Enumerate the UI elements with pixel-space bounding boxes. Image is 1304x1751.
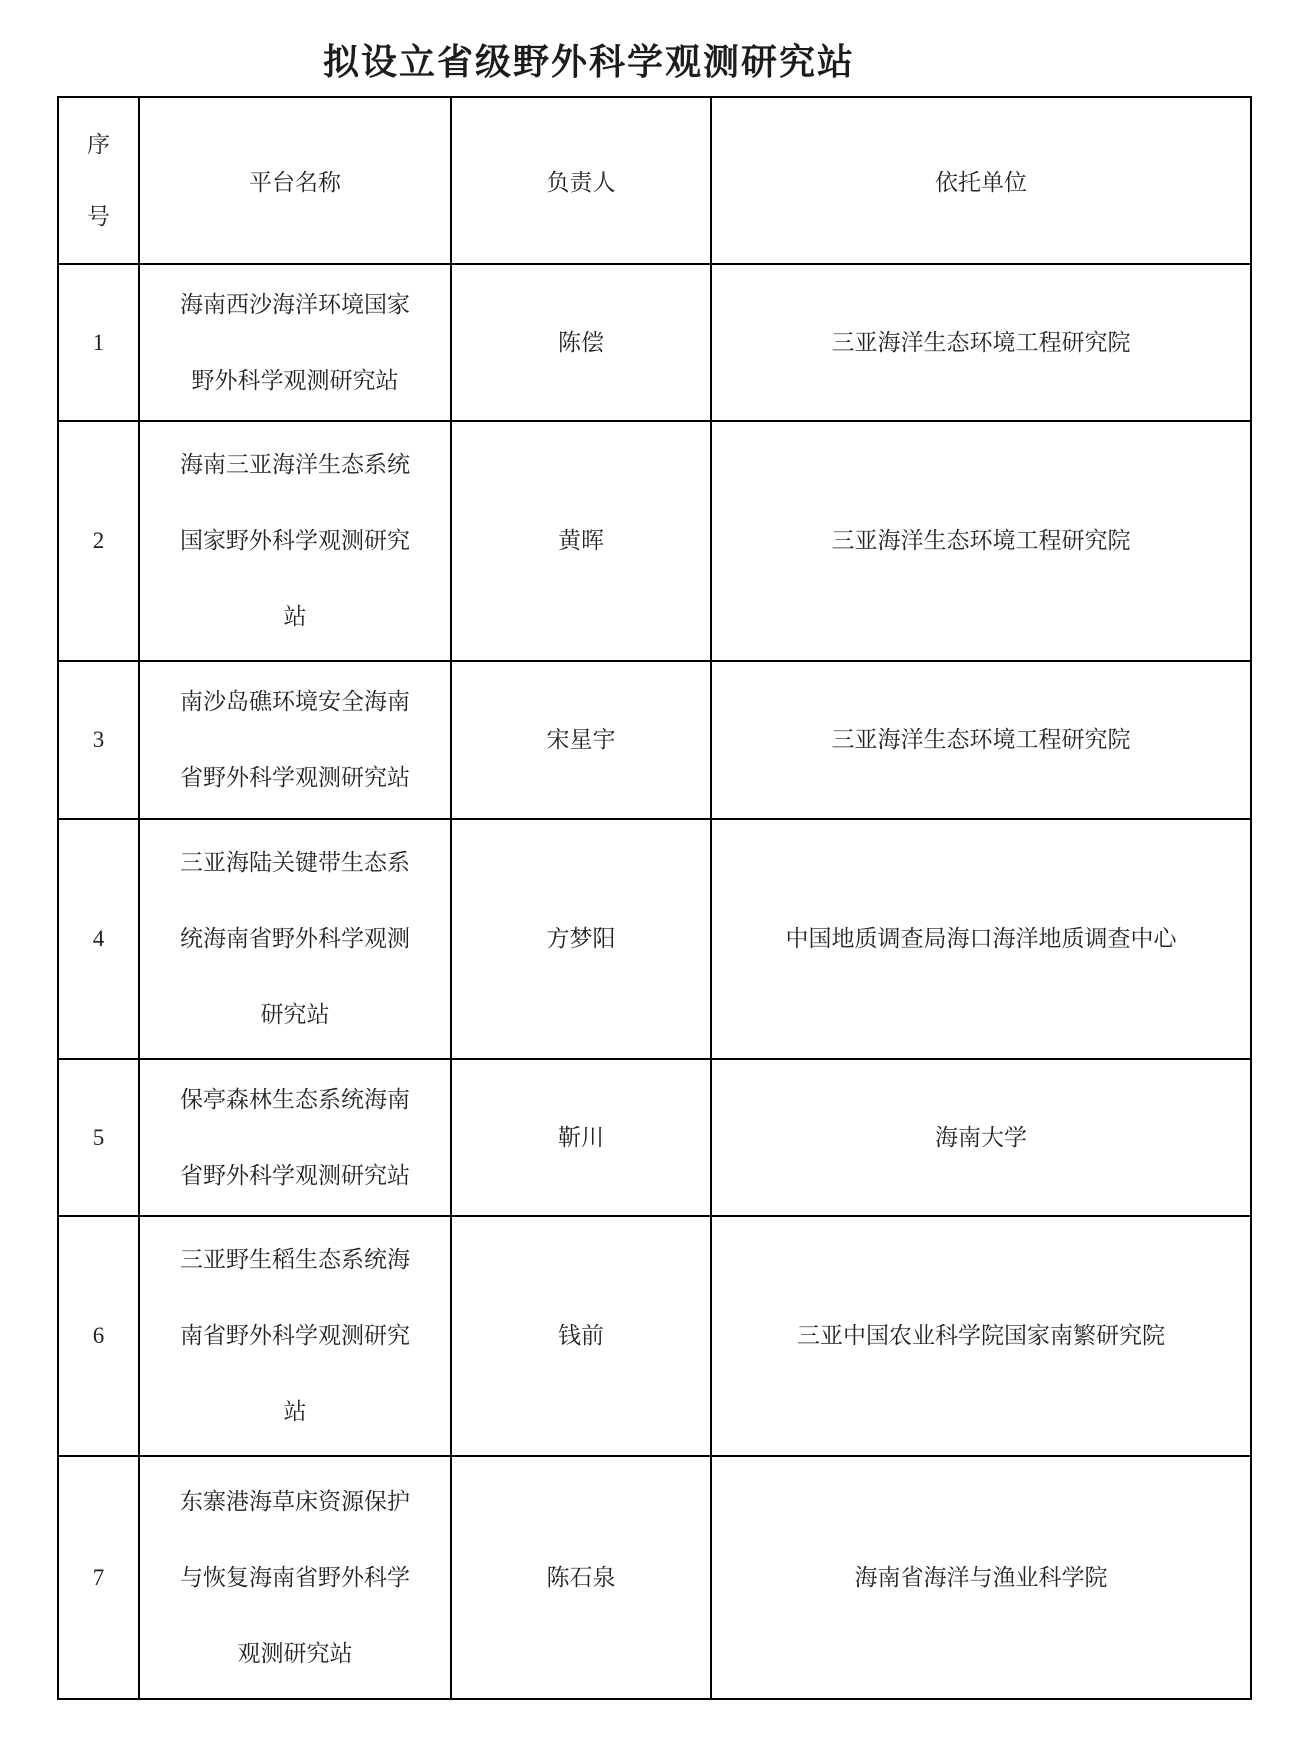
page-title: 拟设立省级野外科学观测研究站 (0, 34, 1241, 85)
unit-name-text: 三亚中国农业科学院国家南繁研究院 (797, 1323, 1165, 1348)
unit-name: 三亚海洋生态环境工程研究院 (711, 264, 1251, 421)
platform-name: 三亚野生稻生态系统海 南省野外科学观测研究 站 (139, 1216, 451, 1456)
platform-name-line: 野外科学观测研究站 (140, 343, 450, 419)
col-header-no-line2: 号 (59, 181, 138, 253)
row-number: 5 (58, 1059, 139, 1216)
unit-name-text: 中国地质调查局海口海洋地质调查中心 (786, 926, 1177, 951)
platform-name: 海南三亚海洋生态系统 国家野外科学观测研究 站 (139, 421, 451, 661)
unit-name: 三亚海洋生态环境工程研究院 (711, 421, 1251, 661)
leader-name-text: 靳川 (558, 1125, 604, 1150)
leader-name-text: 陈偿 (558, 330, 604, 355)
table-header-row: 序 号 平台名称 负责人 依托单位 (58, 97, 1251, 264)
leader-name: 宋星宇 (451, 661, 711, 819)
platform-name-line: 海南三亚海洋生态系统 (140, 427, 450, 503)
platform-name-line: 站 (140, 579, 450, 655)
unit-name: 海南大学 (711, 1059, 1251, 1216)
col-header-no: 序 号 (58, 97, 139, 264)
platform-name-line: 保亭森林生态系统海南 (140, 1062, 450, 1138)
unit-name-text: 海南省海洋与渔业科学院 (855, 1565, 1108, 1590)
platform-name-line: 东寨港海草床资源保护 (140, 1464, 450, 1540)
leader-name: 靳川 (451, 1059, 711, 1216)
row-number: 7 (58, 1456, 139, 1699)
row-number: 2 (58, 421, 139, 661)
unit-name-text: 三亚海洋生态环境工程研究院 (832, 727, 1131, 752)
table-row: 2 海南三亚海洋生态系统 国家野外科学观测研究 站 黄晖 三亚海洋生态环境工程研… (58, 421, 1251, 661)
platform-name-line: 统海南省野外科学观测 (140, 901, 450, 977)
table-row: 1 海南西沙海洋环境国家 野外科学观测研究站 陈偿 三亚海洋生态环境工程研究院 (58, 264, 1251, 421)
col-header-unit: 依托单位 (711, 97, 1251, 264)
row-number: 1 (58, 264, 139, 421)
leader-name-text: 钱前 (558, 1323, 604, 1348)
leader-name: 陈偿 (451, 264, 711, 421)
unit-name-text: 三亚海洋生态环境工程研究院 (832, 528, 1131, 553)
leader-name: 陈石泉 (451, 1456, 711, 1699)
leader-name: 黄晖 (451, 421, 711, 661)
table-row: 7 东寨港海草床资源保护 与恢复海南省野外科学 观测研究站 陈石泉 海南省海洋与… (58, 1456, 1251, 1699)
unit-name-text: 海南大学 (935, 1125, 1027, 1150)
platform-name-line: 国家野外科学观测研究 (140, 503, 450, 579)
col-header-platform: 平台名称 (139, 97, 451, 264)
platform-name-line: 三亚海陆关键带生态系 (140, 825, 450, 901)
col-header-no-line1: 序 (59, 109, 138, 181)
leader-name: 钱前 (451, 1216, 711, 1456)
unit-name: 中国地质调查局海口海洋地质调查中心 (711, 819, 1251, 1059)
document-page: 拟设立省级野外科学观测研究站 序 号 平台名称 负责人 依托单位 1 海南西沙海… (0, 34, 1304, 1700)
row-number: 6 (58, 1216, 139, 1456)
platform-name: 保亭森林生态系统海南 省野外科学观测研究站 (139, 1059, 451, 1216)
platform-name-line: 研究站 (140, 977, 450, 1053)
unit-name: 三亚海洋生态环境工程研究院 (711, 661, 1251, 819)
leader-name-text: 方梦阳 (547, 926, 616, 951)
row-number: 4 (58, 819, 139, 1059)
col-header-leader: 负责人 (451, 97, 711, 264)
platform-name-line: 省野外科学观测研究站 (140, 740, 450, 816)
platform-name: 海南西沙海洋环境国家 野外科学观测研究站 (139, 264, 451, 421)
platform-name-line: 观测研究站 (140, 1616, 450, 1692)
platform-name: 三亚海陆关键带生态系 统海南省野外科学观测 研究站 (139, 819, 451, 1059)
platform-name-line: 海南西沙海洋环境国家 (140, 267, 450, 343)
platform-name-line: 省野外科学观测研究站 (140, 1138, 450, 1214)
unit-name-text: 三亚海洋生态环境工程研究院 (832, 330, 1131, 355)
platform-name-line: 站 (140, 1374, 450, 1450)
unit-name: 三亚中国农业科学院国家南繁研究院 (711, 1216, 1251, 1456)
unit-name: 海南省海洋与渔业科学院 (711, 1456, 1251, 1699)
leader-name-text: 陈石泉 (547, 1565, 616, 1590)
leader-name-text: 黄晖 (558, 528, 604, 553)
stations-table: 序 号 平台名称 负责人 依托单位 1 海南西沙海洋环境国家 野外科学观测研究站… (57, 96, 1252, 1700)
leader-name: 方梦阳 (451, 819, 711, 1059)
platform-name: 东寨港海草床资源保护 与恢复海南省野外科学 观测研究站 (139, 1456, 451, 1699)
table-row: 3 南沙岛礁环境安全海南 省野外科学观测研究站 宋星宇 三亚海洋生态环境工程研究… (58, 661, 1251, 819)
platform-name-line: 南沙岛礁环境安全海南 (140, 664, 450, 740)
platform-name-line: 南省野外科学观测研究 (140, 1298, 450, 1374)
table-row: 6 三亚野生稻生态系统海 南省野外科学观测研究 站 钱前 三亚中国农业科学院国家… (58, 1216, 1251, 1456)
platform-name: 南沙岛礁环境安全海南 省野外科学观测研究站 (139, 661, 451, 819)
platform-name-line: 三亚野生稻生态系统海 (140, 1222, 450, 1298)
leader-name-text: 宋星宇 (547, 727, 616, 752)
platform-name-line: 与恢复海南省野外科学 (140, 1540, 450, 1616)
table-row: 4 三亚海陆关键带生态系 统海南省野外科学观测 研究站 方梦阳 中国地质调查局海… (58, 819, 1251, 1059)
table-row: 5 保亭森林生态系统海南 省野外科学观测研究站 靳川 海南大学 (58, 1059, 1251, 1216)
row-number: 3 (58, 661, 139, 819)
